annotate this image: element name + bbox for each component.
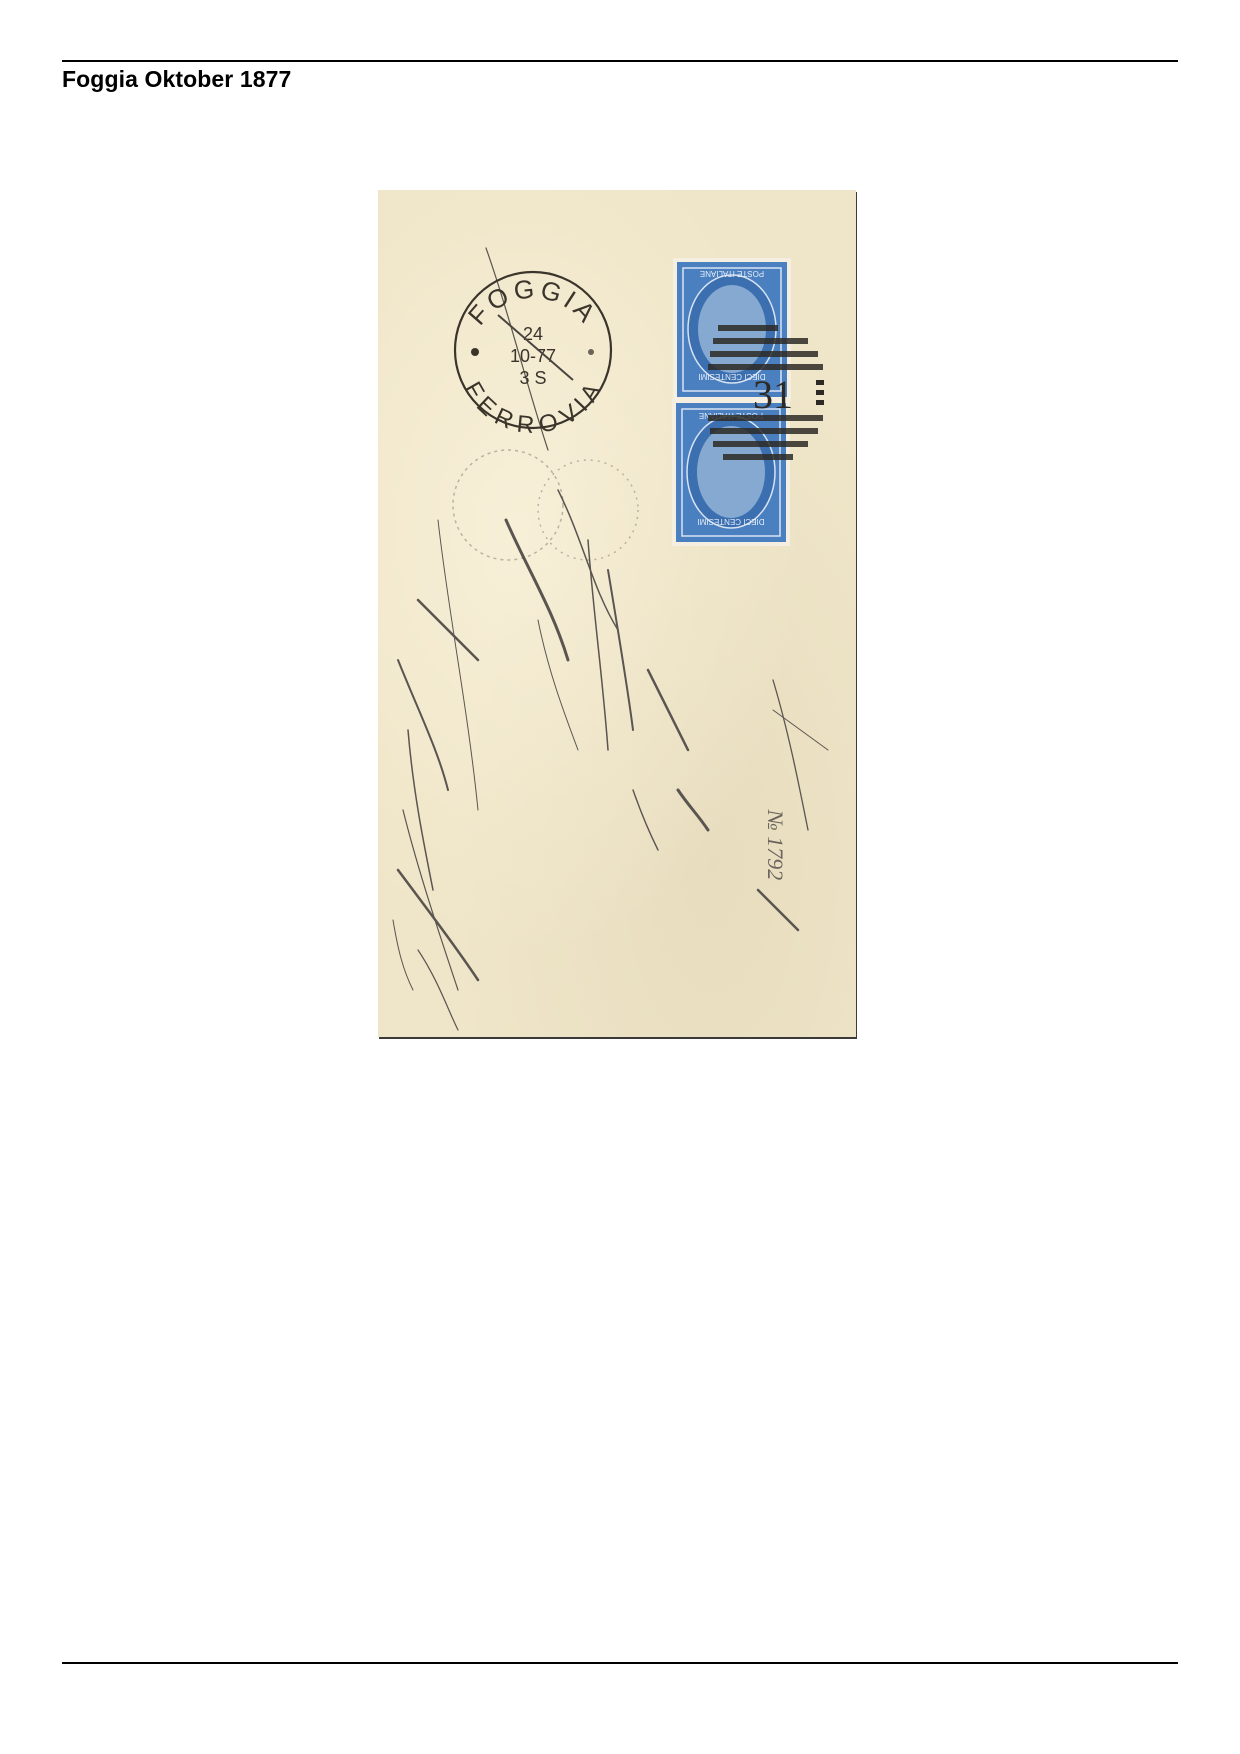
faint-receiving-postmark bbox=[453, 450, 638, 560]
footer-rule bbox=[62, 1662, 1178, 1664]
envelope-cover: FOGGIA FERROVIA 24 10-77 3 S bbox=[378, 190, 856, 1037]
foggia-postmark: FOGGIA FERROVIA 24 10-77 3 S bbox=[455, 272, 611, 439]
svg-text:31: 31 bbox=[753, 372, 793, 417]
docket-note: № 1792 bbox=[763, 809, 788, 880]
envelope-image: FOGGIA FERROVIA 24 10-77 3 S bbox=[378, 190, 856, 1037]
svg-text:DIECI CENTESIMI: DIECI CENTESIMI bbox=[697, 517, 764, 526]
stamp-bottom: DIECI CENTESIMI POSTE ITALIANE bbox=[672, 399, 790, 546]
svg-text:10-77: 10-77 bbox=[510, 346, 556, 366]
svg-text:POSTE ITALIANE: POSTE ITALIANE bbox=[700, 269, 764, 278]
header-rule bbox=[62, 60, 1178, 62]
page-title: Foggia Oktober 1877 bbox=[62, 66, 291, 93]
svg-text:FOGGIA: FOGGIA bbox=[462, 273, 604, 330]
svg-text:3 S: 3 S bbox=[519, 368, 546, 388]
svg-text:24: 24 bbox=[523, 324, 543, 344]
